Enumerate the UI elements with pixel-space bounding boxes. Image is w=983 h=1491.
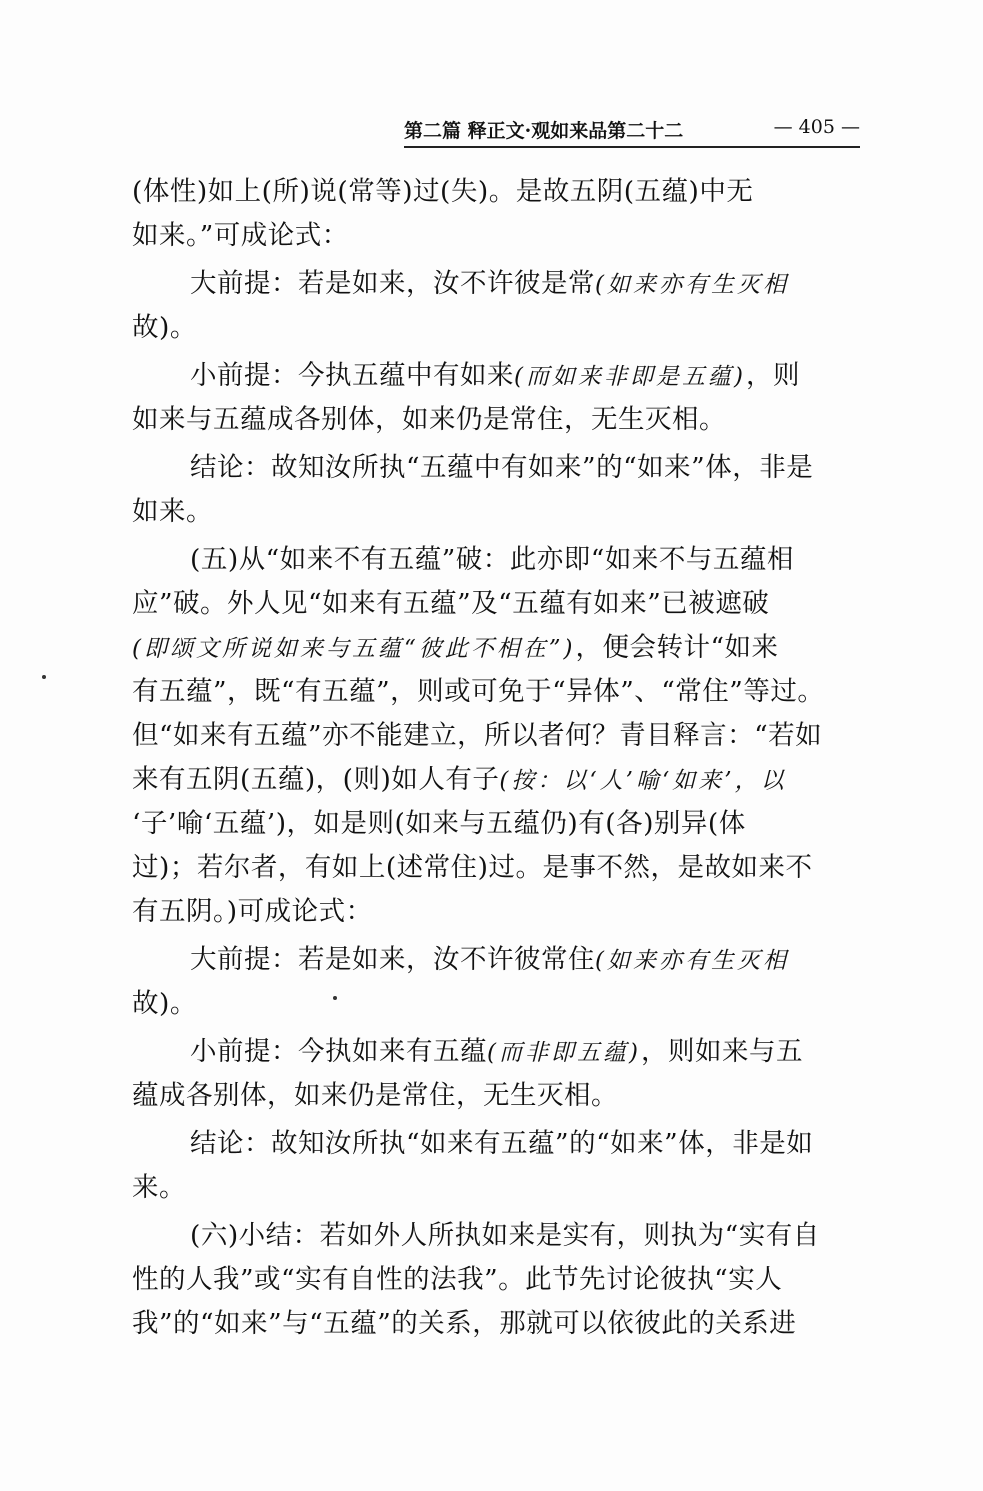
text-segment: ，则如来与五 (641, 1036, 803, 1067)
text-line: 但“如来有五蕴”亦不能建立，所以者何？青目释言：“若如 (132, 716, 860, 756)
chapter-title: 第二篇 释正文·观如来品第二十二 (404, 116, 683, 143)
text-line: 过)；若尔者，有如上(述常住)过。是事不然，是故如来不 (132, 848, 860, 888)
scan-speck (42, 675, 46, 679)
text-line: ‘子’喻‘五蕴’)，如是则(如来与五蕴仍)有(各)别异(体 (132, 804, 860, 844)
text-segment: 应”破。外人见“如来有五蕴”及“五蕴有如来”已被遮破 (132, 588, 769, 619)
text-segment: 结论：故知汝所执“如来有五蕴”的“如来”体，非是如 (190, 1128, 813, 1159)
annotation: (按：以‘人’喻‘如来’，以 (499, 768, 786, 794)
text-segment: 结论：故知汝所执“五蕴中有如来”的“如来”体，非是 (190, 452, 813, 483)
text-segment: (五)从“如来不有五蕴”破：此亦即“如来不与五蕴相 (190, 544, 794, 575)
text-line: 蕴成各别体，如来仍是常住，无生灭相。 (132, 1076, 860, 1116)
text-segment: 我”的“如来”与“五蕴”的关系，那就可以依彼此的关系进 (132, 1308, 796, 1339)
page-number: — 405 — (774, 116, 860, 138)
text-line: 性的人我”或“实有自性的法我”。此节先讨论彼执“实人 (132, 1260, 860, 1300)
text-segment: 来有五阴(五蕴)，(则)如人有子 (132, 764, 499, 795)
text-line: 结论：故知汝所执“如来有五蕴”的“如来”体，非是如 (132, 1124, 860, 1164)
text-line: 如来与五蕴成各别体，如来仍是常住，无生灭相。 (132, 400, 860, 440)
text-segment: 有五蕴”，既“有五蕴”，则或可免于“异体”、“常住”等过。 (132, 676, 824, 707)
text-line: (体性)如上(所)说(常等)过(失)。是故五阴(五蕴)中无 (132, 172, 860, 212)
text-line: (即颂文所说如来与五蕴“彼此不相在”)，便会转计“如来 (132, 628, 860, 669)
text-segment: 如来。”可成论式： (132, 220, 349, 251)
text-line: 小前提：今执五蕴中有如来(而如来非即是五蕴)，则 (132, 356, 860, 397)
text-segment: 如来与五蕴成各别体，如来仍是常住，无生灭相。 (132, 404, 726, 435)
text-line: 大前提：若是如来，汝不许彼常住(如来亦有生灭相 (132, 940, 860, 981)
text-segment: 故)。 (132, 312, 197, 343)
text-segment: 小前提：今执五蕴中有如来 (190, 360, 514, 391)
text-line: (五)从“如来不有五蕴”破：此亦即“如来不与五蕴相 (132, 540, 860, 580)
text-segment: (体性)如上(所)说(常等)过(失)。是故五阴(五蕴)中无 (132, 176, 753, 207)
text-segment: ，便会转计“如来 (575, 632, 778, 663)
text-segment: 蕴成各别体，如来仍是常住，无生灭相。 (132, 1080, 618, 1111)
text-segment: 有五阴。)可成论式： (132, 896, 373, 927)
scan-speck (333, 996, 337, 1000)
text-line: 如来。”可成论式： (132, 216, 860, 256)
running-header: 第二篇 释正文·观如来品第二十二 — 405 — (404, 116, 860, 148)
annotation: (而非即五蕴) (487, 1040, 641, 1066)
text-line: 有五阴。)可成论式： (132, 892, 860, 932)
text-line: 结论：故知汝所执“五蕴中有如来”的“如来”体，非是 (132, 448, 860, 488)
text-line: 我”的“如来”与“五蕴”的关系，那就可以依彼此的关系进 (132, 1304, 860, 1344)
annotation: (而如来非即是五蕴) (514, 364, 746, 390)
text-segment: ‘子’喻‘五蕴’) (132, 808, 287, 839)
text-line: 小前提：今执如来有五蕴(而非即五蕴)，则如来与五 (132, 1032, 860, 1073)
text-segment: 过)；若尔者，有如上(述常住)过。是事不然，是故如来不 (132, 852, 813, 883)
text-segment: (六)小结：若如外人所执如来是实有，则执为“实有自 (190, 1220, 820, 1251)
text-segment: ，如是则(如来与五蕴仍)有(各)别异(体 (287, 808, 746, 839)
text-segment: 大前提：若是如来，汝不许彼常住 (190, 944, 595, 975)
text-line: 来。 (132, 1168, 860, 1208)
text-segment: 来。 (132, 1172, 186, 1203)
text-line: 有五蕴”，既“有五蕴”，则或可免于“异体”、“常住”等过。 (132, 672, 860, 712)
text-line: 来有五阴(五蕴)，(则)如人有子(按：以‘人’喻‘如来’，以 (132, 760, 860, 801)
text-segment: 故)。 (132, 988, 197, 1019)
text-segment: 小前提：今执如来有五蕴 (190, 1036, 487, 1067)
text-line: 应”破。外人见“如来有五蕴”及“五蕴有如来”已被遮破 (132, 584, 860, 624)
text-segment: 但“如来有五蕴”亦不能建立，所以者何？青目释言：“若如 (132, 720, 822, 751)
text-line: 故)。 (132, 984, 860, 1024)
annotation: (即颂文所说如来与五蕴“彼此不相在”) (132, 636, 575, 662)
text-line: (六)小结：若如外人所执如来是实有，则执为“实有自 (132, 1216, 860, 1256)
annotation: (如来亦有生灭相 (595, 948, 789, 974)
text-segment: 性的人我”或“实有自性的法我”。此节先讨论彼执“实人 (132, 1264, 782, 1295)
text-segment: 大前提：若是如来，汝不许彼是常 (190, 268, 595, 299)
annotation: (如来亦有生灭相 (595, 272, 789, 298)
text-line: 如来。 (132, 492, 860, 532)
text-segment: ，则 (746, 360, 800, 391)
text-line: 大前提：若是如来，汝不许彼是常(如来亦有生灭相 (132, 264, 860, 305)
text-line: 故)。 (132, 308, 860, 348)
text-segment: 如来。 (132, 496, 213, 527)
